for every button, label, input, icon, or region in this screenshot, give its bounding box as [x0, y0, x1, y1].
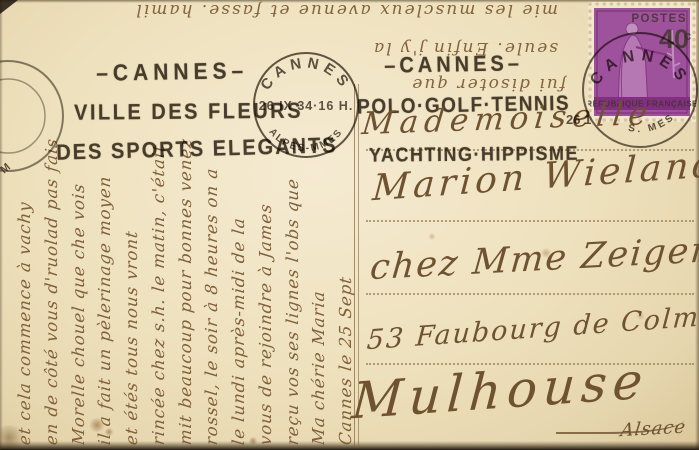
datestamp-left-letter: M — [0, 161, 13, 176]
datestamp-center-town: CANNES — [257, 54, 354, 93]
datestamp-left-partial: M — [0, 58, 72, 182]
datestamp-stamp-town: CANNES — [587, 47, 693, 88]
datestamp-on-stamp: CANNES 26 1 S. MES — [562, 26, 699, 182]
datestamp-circle — [0, 61, 63, 171]
svg-text:S. MES: S. MES — [627, 111, 677, 135]
address-rule-line — [366, 220, 694, 222]
svg-text:CANNES: CANNES — [257, 54, 354, 93]
datestamp-stamp-department: S. MES — [627, 111, 677, 135]
message-overflow-line: mie les muscleux avenue et fasse. hamil — [2, 0, 558, 20]
address-region: Alsace — [619, 417, 687, 442]
address-careof: chez Mme Zeiger — [368, 230, 699, 288]
slogan-cancel-right-line3: YACHTING·HIPPISME — [369, 142, 579, 167]
foxing-spot — [428, 233, 436, 240]
datestamp-inner-circle — [0, 79, 45, 153]
datestamp-center-date: 26 IX 34·16 H. — [259, 99, 354, 113]
svg-text:CANNES: CANNES — [587, 47, 693, 88]
address-street: 53 Faubourg de Colmar — [366, 299, 699, 356]
slogan-cancel-left-line1: –CANNES– — [96, 58, 248, 87]
slogan-cancel-right-line1: –CANNES– — [384, 52, 523, 80]
datestamp-center: CANNES 26 IX 34·16 H. ALPES-MMES — [248, 48, 364, 164]
postcard: Cannes le 25 SeptMa chérie Mariareçu vos… — [0, 0, 699, 450]
datestamp-stamp-date: 26 1 — [566, 112, 591, 127]
address-rule-line — [366, 293, 694, 295]
